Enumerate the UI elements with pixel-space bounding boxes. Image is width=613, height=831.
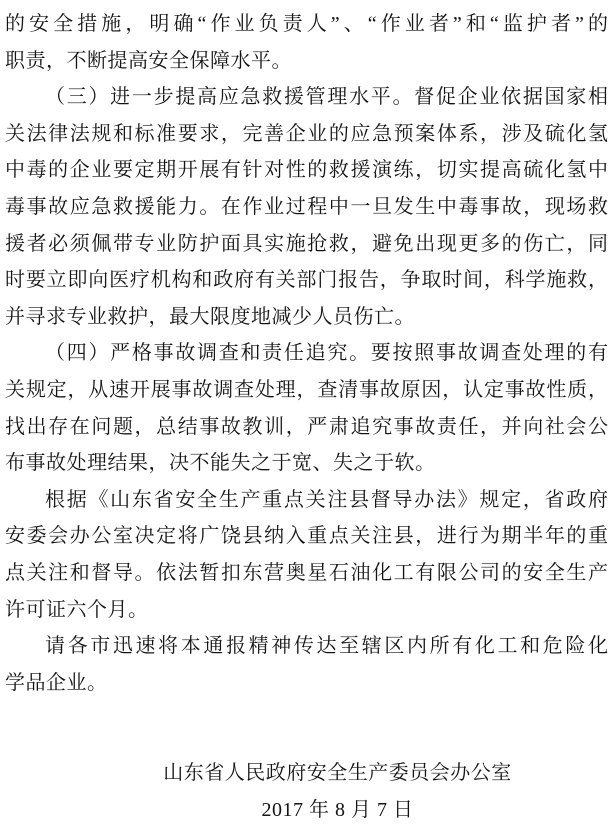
document-line: 中毒的企业要定期开展有针对性的救援演练，切实提高硫化氢中 [5, 152, 608, 189]
document-line: 请各市迅速将本通报精神传达至辖区内所有化工和危险化 [5, 628, 608, 665]
signature-date: 2017 年 8 月 7 日 [67, 792, 608, 829]
document-line: 职责，不断提高安全保障水平。 [5, 43, 608, 80]
document-page: 的安全措施，明确“作业负责人”、“作业者”和“监护者”的 职责，不断提高安全保障… [0, 0, 613, 831]
document-line: 并寻求专业救护，最大限度地减少人员伤亡。 [5, 299, 608, 336]
document-line: 学品企业。 [5, 665, 608, 702]
document-line: 根据《山东省安全生产重点关注县督导办法》规定，省政府 [5, 482, 608, 519]
document-line: 毒事故应急救援能力。在作业过程中一旦发生中毒事故，现场救 [5, 189, 608, 226]
signature-block: 山东省人民政府安全生产委员会办公室 2017 年 8 月 7 日 [5, 755, 608, 828]
document-line: （四）严格事故调查和责任追究。要按照事故调查处理的有 [5, 335, 608, 372]
document-line: 的安全措施，明确“作业负责人”、“作业者”和“监护者”的 [5, 6, 608, 43]
document-line: 布事故处理结果，决不能失之于宽、失之于软。 [5, 445, 608, 482]
document-line: 时要立即向医疗机构和政府有关部门报告，争取时间，科学施救， [5, 262, 608, 299]
document-line: （三）进一步提高应急救援管理水平。督促企业依据国家相 [5, 79, 608, 116]
document-line: 关规定，从速开展事故调查处理，查清事故原因，认定事故性质， [5, 372, 608, 409]
signature-org: 山东省人民政府安全生产委员会办公室 [67, 755, 608, 792]
document-line: 许可证六个月。 [5, 592, 608, 629]
document-line: 点关注和督导。依法暂扣东营奥星石油化工有限公司的安全生产 [5, 555, 608, 592]
document-line: 找出存在问题，总结事故教训，严肃追究事故责任，并向社会公 [5, 409, 608, 446]
document-line: 安委会办公室决定将广饶县纳入重点关注县，进行为期半年的重 [5, 518, 608, 555]
document-line: 关法律法规和标准要求，完善企业的应急预案体系，涉及硫化氢 [5, 116, 608, 153]
document-line: 援者必须佩带专业防护面具实施抢救，避免出现更多的伤亡，同 [5, 226, 608, 263]
